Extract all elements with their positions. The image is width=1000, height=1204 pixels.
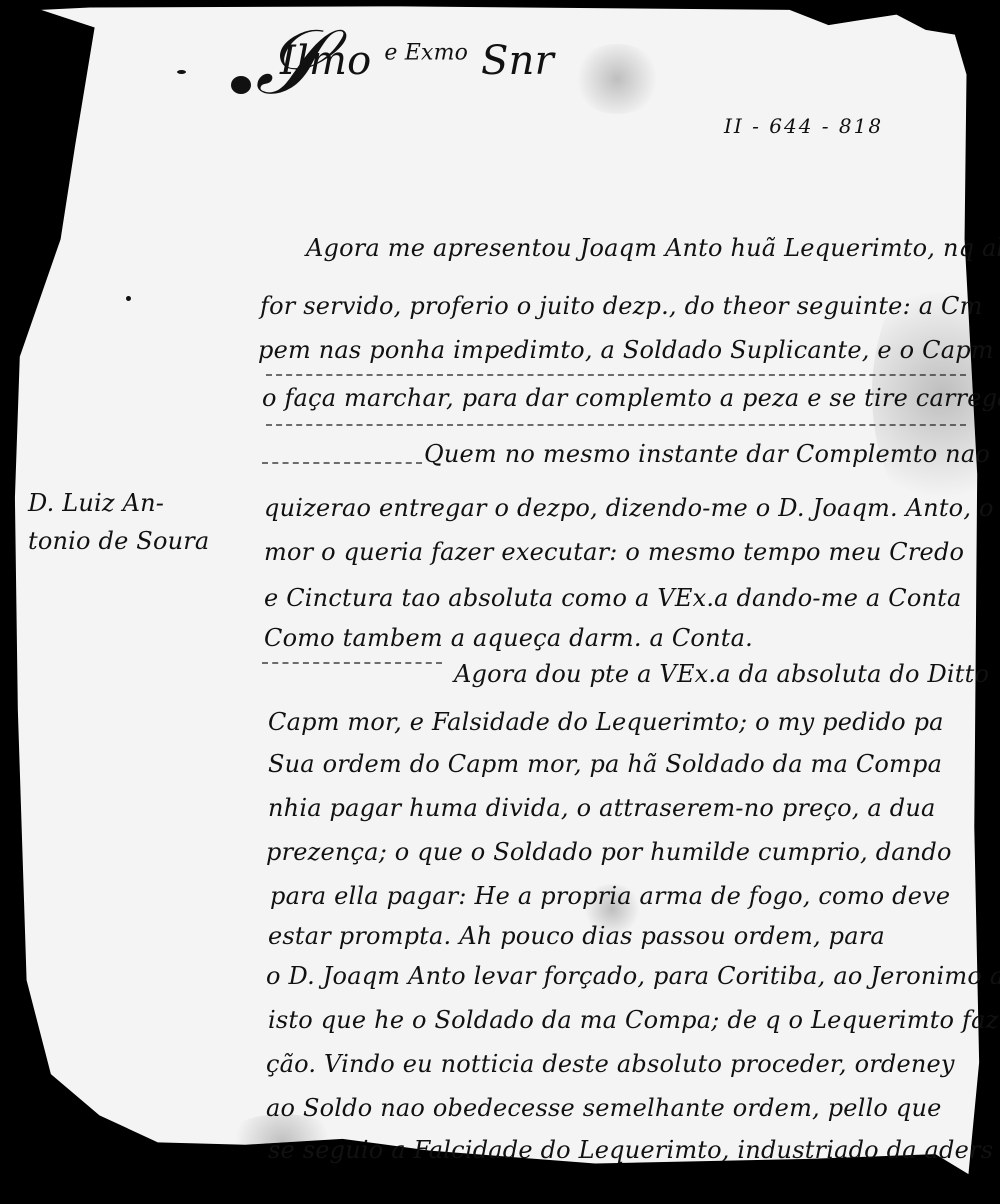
body-line: isto que he o Soldado da ma Compa; de q … bbox=[268, 1006, 1000, 1034]
salutation-line2: e Exmo bbox=[384, 41, 468, 66]
margin-note-line-2: tonio de Soura bbox=[28, 522, 209, 560]
margin-note-line-1: D. Luiz An- bbox=[28, 484, 209, 522]
ink-dot bbox=[126, 296, 131, 301]
salutation-flourish: 𝒮 bbox=[255, 10, 325, 116]
body-line: Quem no mesmo instante dar Complemto nao… bbox=[424, 440, 1000, 468]
body-line: pem nas ponha impedimto, a Soldado Supli… bbox=[258, 336, 1000, 364]
body-line: nhia pagar huma divida, o attraserem-no … bbox=[268, 794, 936, 822]
scanned-page-background: Ilmo e Exmo Snr 𝒮 II - 644 - 818 D. Luiz… bbox=[0, 0, 1000, 1204]
body-line: e Cinctura tao absoluta como a VEx.a dan… bbox=[264, 584, 961, 612]
salutation-title: Snr bbox=[481, 38, 554, 84]
body-line: estar prompta. Ah pouco dias passou orde… bbox=[268, 922, 885, 950]
body-line: for servido, proferio o juito dezp., do … bbox=[260, 292, 983, 320]
body-line: Como tambem a aqueça darm. a Conta. bbox=[264, 624, 753, 652]
line-filler-dashes bbox=[266, 424, 966, 426]
body-line: o faça marchar, para dar complemto a pez… bbox=[262, 384, 1000, 412]
body-line: quizerao entregar o dezpo, dizendo-me o … bbox=[264, 494, 1000, 522]
body-line: ção. Vindo eu notticia deste absoluto pr… bbox=[266, 1050, 955, 1078]
line-filler-dashes bbox=[262, 662, 442, 664]
ink-blot bbox=[231, 76, 251, 94]
body-line: se seguio a Falcidade do Lequerimto, ind… bbox=[268, 1136, 993, 1164]
body-line: Agora dou pte a VEx.a da absoluta do Dit… bbox=[454, 660, 989, 688]
body-line: Sua ordem do Capm mor, pa hã Soldado da … bbox=[268, 750, 942, 778]
body-line: para ella pagar: He a propria arma de fo… bbox=[270, 882, 950, 910]
archival-reference-number: II - 644 - 818 bbox=[724, 114, 883, 138]
line-filler-dashes bbox=[262, 462, 422, 464]
ink-dot bbox=[177, 70, 186, 74]
line-filler-dashes bbox=[266, 374, 966, 376]
body-line: mor o queria fazer executar: o mesmo tem… bbox=[264, 538, 964, 566]
body-line: Agora me apresentou Joaqm Anto huã Leque… bbox=[306, 234, 1000, 262]
margin-note: D. Luiz An- tonio de Soura bbox=[28, 484, 209, 560]
body-line: Capm mor, e Falsidade do Lequerimto; o m… bbox=[268, 708, 944, 736]
paper-stain bbox=[572, 44, 662, 114]
body-line: o D. Joaqm Anto levar forçado, para Cori… bbox=[266, 962, 1000, 990]
body-line: ao Soldo nao obedecesse semelhante ordem… bbox=[266, 1094, 942, 1122]
body-line: prezença; o que o Soldado por humilde cu… bbox=[266, 838, 952, 866]
